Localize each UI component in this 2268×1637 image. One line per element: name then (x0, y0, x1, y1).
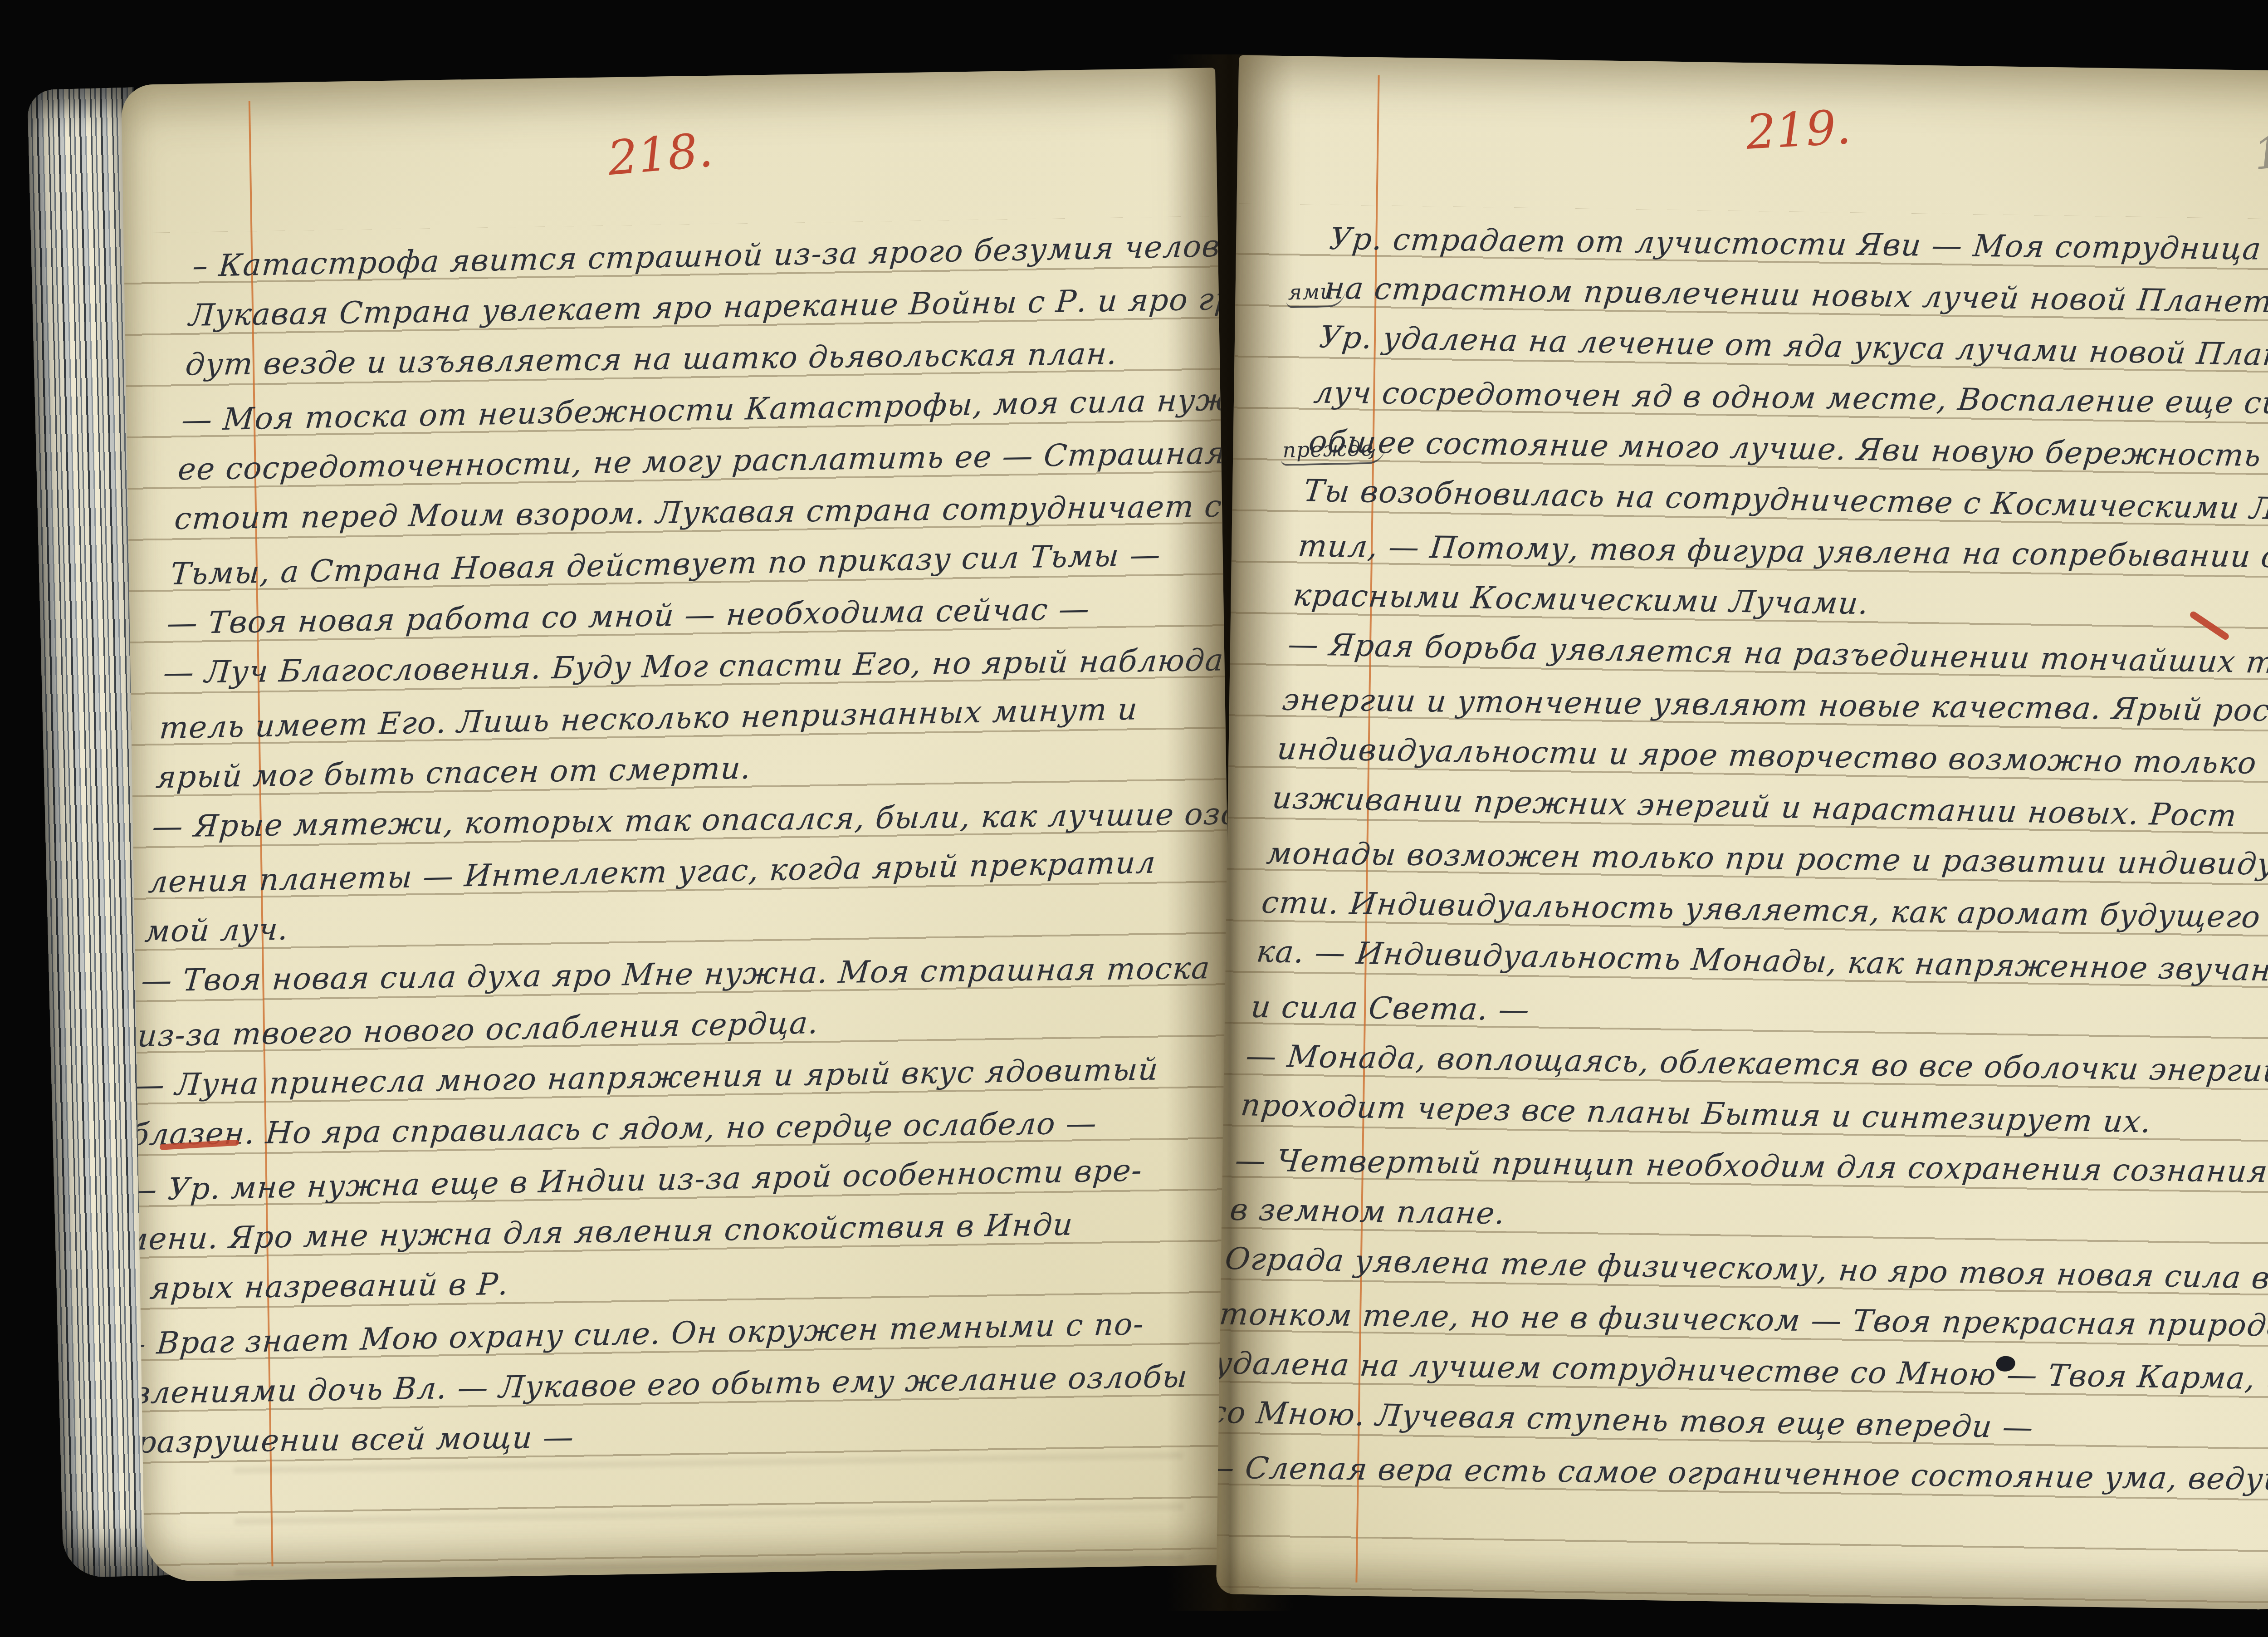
page-number-left: 218. (606, 122, 715, 186)
insertion-note-prezhde: прежде (1281, 436, 1386, 466)
folio-number-pencil: 115 (2252, 122, 2268, 180)
insertion-note-yami: ями (1286, 279, 1346, 309)
page-number-right: 219. (1745, 99, 1853, 161)
handwriting-left: – Катастрофа явится страшной из-за ярого… (121, 221, 1239, 1469)
notebook-photo: 218. – Катастрофа явится страшной из-за … (0, 0, 2268, 1637)
page-left: 218. – Катастрофа явится страшной из-за … (121, 68, 1239, 1582)
page-right: 219. 115 Ур. страдает от лучистости Яви … (1216, 55, 2268, 1611)
bleed-through-smudge (233, 1421, 1184, 1581)
handwriting-right: Ур. страдает от лучистости Яви — Моя сот… (1216, 210, 2268, 1506)
